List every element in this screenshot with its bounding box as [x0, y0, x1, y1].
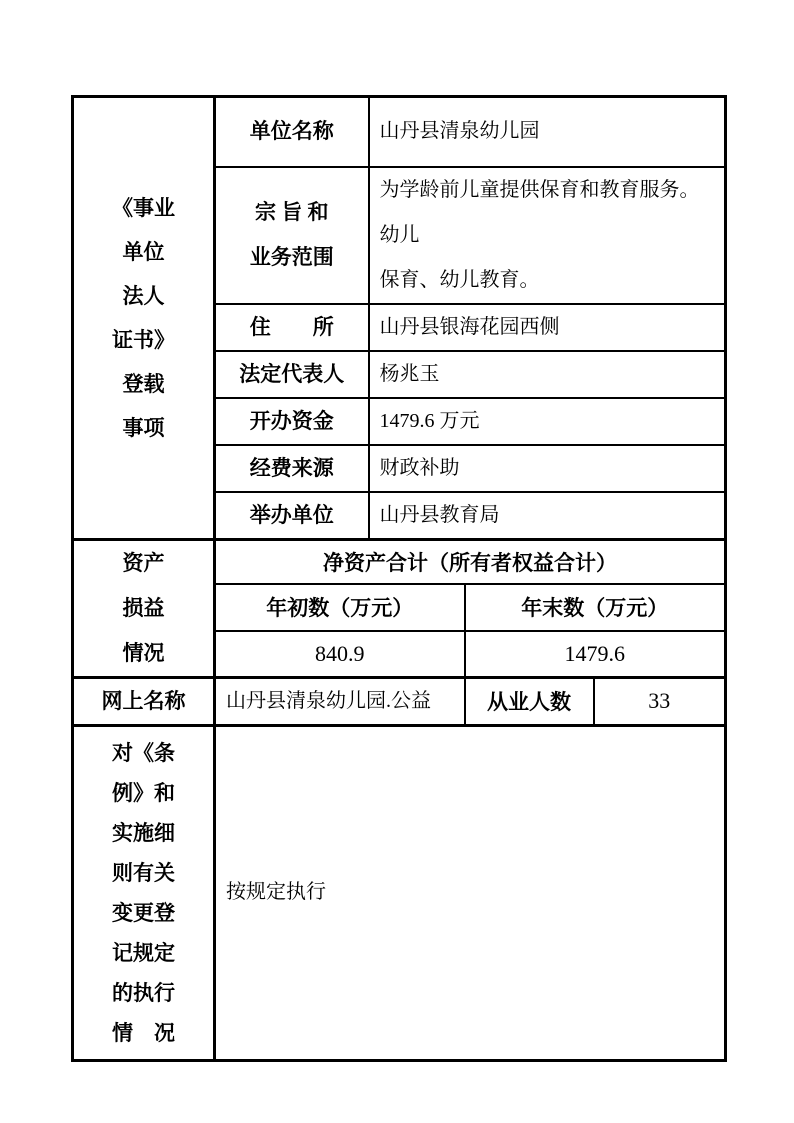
compliance-value: 按规定执行: [215, 725, 726, 1060]
capital-label: 开办资金: [215, 398, 369, 445]
compliance-title-line: 记规定: [74, 933, 213, 973]
certificate-title-line: 单位: [74, 230, 213, 274]
assets-title-line: 情况: [74, 631, 213, 676]
row-online-name: 网上名称 山丹县清泉幼儿园.公益 从业人数 33: [73, 677, 726, 725]
unit-name-value: 山丹县清泉幼儿园: [369, 97, 726, 167]
year-begin-header: 年初数（万元）: [215, 584, 465, 630]
certificate-title-line: 法人: [74, 274, 213, 318]
funding-value: 财政补助: [369, 445, 726, 492]
address-label: 住 所: [215, 304, 369, 351]
compliance-title-line: 变更登: [74, 893, 213, 933]
unit-name-label: 单位名称: [215, 97, 369, 167]
capital-value: 1479.6 万元: [369, 398, 726, 445]
legal-rep-label: 法定代表人: [215, 351, 369, 398]
purpose-value-line: 为学龄前儿童提供保育和教育服务。幼儿: [380, 168, 719, 258]
compliance-title-line: 对《条: [74, 733, 213, 773]
purpose-label: 宗 旨 和 业务范围: [215, 167, 369, 304]
purpose-value-line: 保育、幼儿教育。: [380, 258, 719, 303]
net-assets-total-label: 净资产合计（所有者权益合计）: [215, 539, 726, 584]
address-value: 山丹县银海花园西侧: [369, 304, 726, 351]
compliance-title-line: 情 况: [74, 1013, 213, 1053]
assets-title-line: 损益: [74, 586, 213, 631]
assets-section-title-cell: 资产 损益 情况: [73, 539, 215, 677]
compliance-title-line: 的执行: [74, 973, 213, 1013]
organizer-label: 举办单位: [215, 492, 369, 540]
staff-count-value: 33: [594, 677, 726, 725]
year-end-value: 1479.6: [465, 631, 726, 677]
year-begin-value: 840.9: [215, 631, 465, 677]
funding-label: 经费来源: [215, 445, 369, 492]
certificate-title-line: 事项: [74, 406, 213, 450]
staff-count-label: 从业人数: [465, 677, 594, 725]
compliance-title-line: 例》和: [74, 773, 213, 813]
certificate-title-line: 登载: [74, 362, 213, 406]
compliance-title-line: 则有关: [74, 853, 213, 893]
row-unit-name: 《事业 单位 法人 证书》 登载 事项 单位名称 山丹县清泉幼儿园: [73, 97, 726, 167]
online-name-value: 山丹县清泉幼儿园.公益: [215, 677, 465, 725]
registration-table: 《事业 单位 法人 证书》 登载 事项 单位名称 山丹县清泉幼儿园 宗 旨 和 …: [71, 95, 727, 1062]
certificate-title-line: 证书》: [74, 318, 213, 362]
online-name-label: 网上名称: [73, 677, 215, 725]
purpose-value: 为学龄前儿童提供保育和教育服务。幼儿 保育、幼儿教育。: [369, 167, 726, 304]
assets-title-line: 资产: [74, 541, 213, 586]
purpose-label-line: 宗 旨 和: [216, 190, 368, 235]
compliance-title-line: 实施细: [74, 813, 213, 853]
legal-rep-value: 杨兆玉: [369, 351, 726, 398]
certificate-section-title-cell: 《事业 单位 法人 证书》 登载 事项: [73, 97, 215, 540]
row-compliance: 对《条 例》和 实施细 则有关 变更登 记规定 的执行 情 况 按规定执行: [73, 725, 726, 1060]
document-page: 《事业 单位 法人 证书》 登载 事项 单位名称 山丹县清泉幼儿园 宗 旨 和 …: [0, 0, 794, 1123]
year-end-header: 年末数（万元）: [465, 584, 726, 630]
compliance-section-title-cell: 对《条 例》和 实施细 则有关 变更登 记规定 的执行 情 况: [73, 725, 215, 1060]
certificate-title-line: 《事业: [74, 186, 213, 230]
purpose-label-line: 业务范围: [216, 235, 368, 280]
row-net-assets-header: 资产 损益 情况 净资产合计（所有者权益合计）: [73, 539, 726, 584]
organizer-value: 山丹县教育局: [369, 492, 726, 540]
